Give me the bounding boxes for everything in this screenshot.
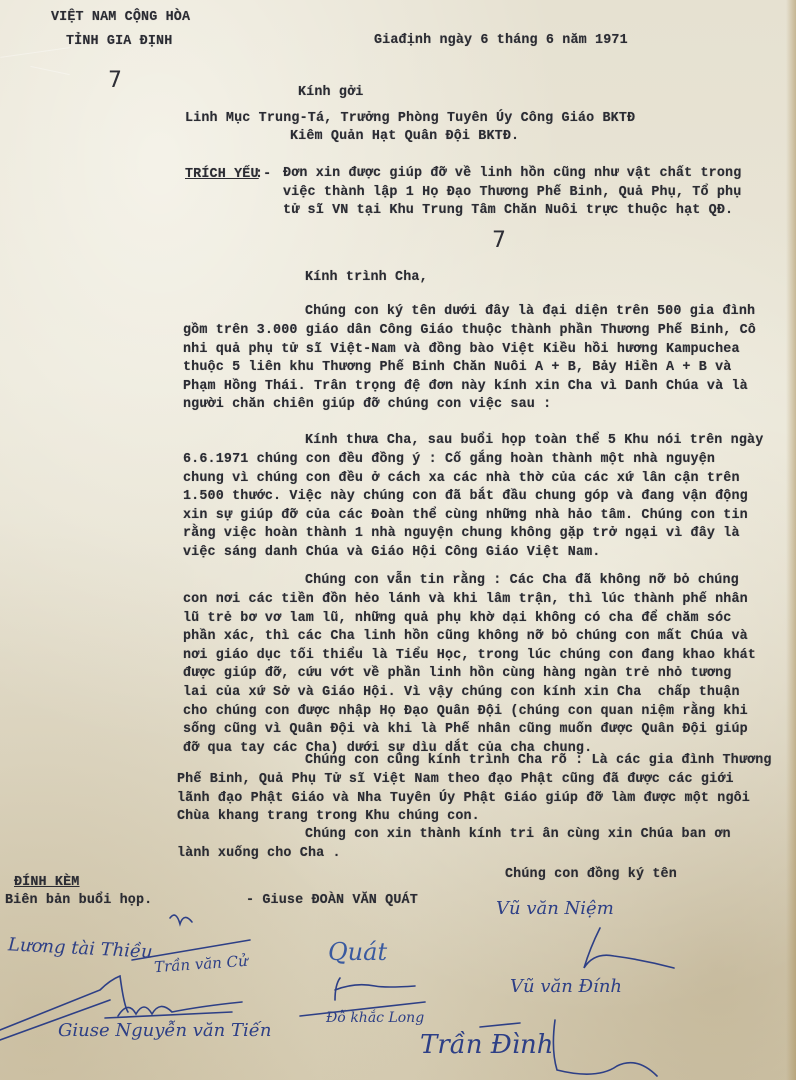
handwritten-name-7: Vũ văn Đính bbox=[510, 976, 622, 997]
salutation-to: Kính gởi bbox=[298, 86, 364, 99]
handwritten-name-1: Lương tài Thiều bbox=[8, 934, 154, 963]
greeting: Kính trình Cha, bbox=[305, 271, 428, 284]
signature-scribble-1 bbox=[170, 915, 192, 924]
subject-separator: :- bbox=[255, 168, 271, 181]
addressee-line-1: Linh Mục Trung-Tá, Trưởng Phòng Tuyên Úy… bbox=[185, 112, 635, 125]
typed-signer: - Giuse ĐOÀN VĂN QUÁT bbox=[246, 894, 418, 907]
header-country: VIỆT NAM CỘNG HÒA bbox=[51, 11, 190, 24]
header-place-date: Giađịnh ngày 6 tháng 6 năm 1971 bbox=[374, 34, 628, 47]
handwritten-name-8: Trần Đình bbox=[420, 1030, 554, 1060]
paragraph-2-first-line: Kính thưa Cha, sau buổi họp toàn thể 5 K… bbox=[305, 432, 763, 451]
subject-label: TRÍCH YẾU bbox=[185, 168, 259, 181]
handwritten-name-2: Trần văn Cử bbox=[153, 952, 248, 976]
paper-edge-stain bbox=[786, 0, 796, 1080]
paragraph-5: lành xuống cho Cha . bbox=[177, 845, 341, 864]
header-province: TỈNH GIA ĐỊNH bbox=[66, 35, 172, 48]
scanned-letter: VIỆT NAM CỘNG HÒA TỈNH GIA ĐỊNH Giađịnh … bbox=[0, 0, 796, 1080]
paragraph-1: gồm trên 3.000 giáo dân Công Giáo thuộc … bbox=[183, 322, 756, 415]
paragraph-1-first-line: Chúng con ký tên dưới đây là đại diện tr… bbox=[305, 303, 755, 322]
handwritten-name-5: Đỗ khắc Long bbox=[326, 1010, 424, 1026]
paragraph-4-first-line: Chúng con cũng kính trình Cha rõ : Là cá… bbox=[305, 752, 772, 771]
paper-crease bbox=[0, 47, 69, 58]
paragraph-2: 6.6.1971 chúng con đều đồng ý : Cố gắng … bbox=[183, 451, 748, 563]
attachment-label: ĐÍNH KÈM bbox=[14, 876, 80, 889]
handwritten-name-6: Vũ văn Niệm bbox=[496, 898, 614, 919]
paragraph-3: con nơi các tiền đồn hẻo lánh và khi lâm… bbox=[183, 591, 756, 758]
handwritten-name-3: Giuse Nguyễn văn Tiến bbox=[58, 1020, 271, 1041]
paragraph-3-first-line: Chúng con vẫn tin rằng : Các Cha đã khôn… bbox=[305, 572, 739, 591]
attachment-item: Biên bản buổi họp. bbox=[5, 894, 152, 907]
handwritten-name-4: Quát bbox=[328, 938, 387, 966]
subject-text: Đơn xin được giúp đỡ về linh hồn cũng nh… bbox=[283, 165, 741, 221]
subject-mark: 7 bbox=[492, 228, 506, 253]
paragraph-5-first-line: Chúng con xin thành kính tri ân cùng xin… bbox=[305, 826, 731, 845]
reference-mark: 7 bbox=[108, 68, 122, 93]
paper-crease bbox=[30, 66, 69, 75]
closing-line: Chúng con đồng ký tên bbox=[505, 868, 677, 881]
addressee-line-2: Kiêm Quản Hạt Quân Đội BKTĐ. bbox=[290, 130, 519, 143]
paragraph-4: Phế Binh, Quả Phụ Tử sĩ Việt Nam theo đạ… bbox=[177, 771, 750, 827]
